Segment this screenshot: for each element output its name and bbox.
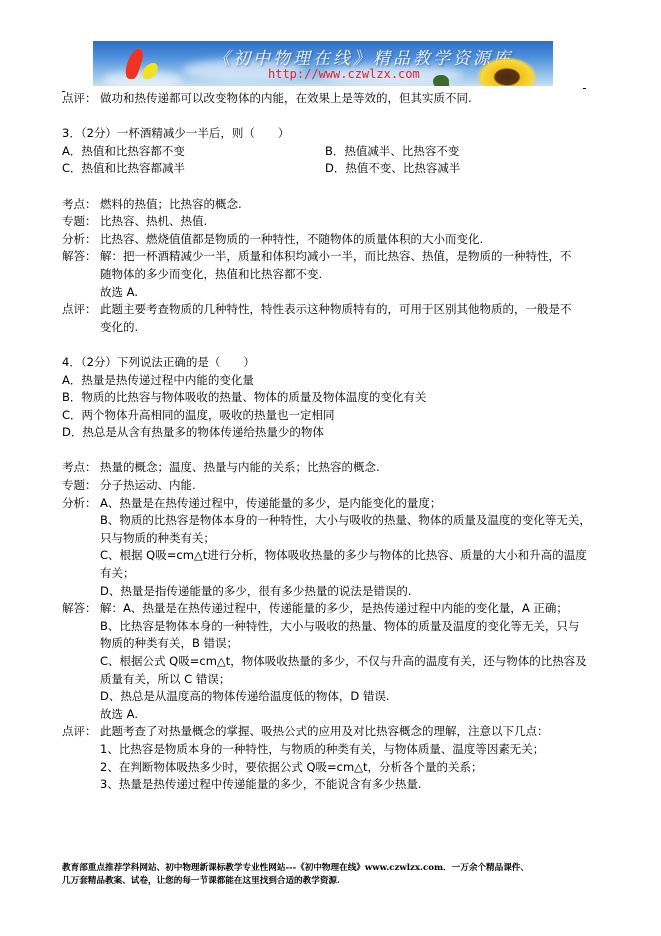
comment-text: 做功和热传递都可以改变物体的内能，在效果上是等效的，但其实质不同. xyxy=(100,90,592,108)
jieda-line: B、比热容是物体本身的一种特性，大小与吸收的热量、物体的质量及温度的变化等无关，… xyxy=(62,618,592,636)
kaodian-text: 燃料的热值；比热容的概念. xyxy=(100,196,592,214)
jieda-line: D、热总是从温度高的物体传递给温度低的物体，D 错误. xyxy=(62,688,592,706)
banner-title: 《初中物理在线》精品教学资源库 xyxy=(213,44,513,69)
prev-comment: 点评： 做功和热传递都可以改变物体的内能，在效果上是等效的，但其实质不同. xyxy=(62,90,592,108)
page-footer: 教育部重点推荐学科网站、初中物理新课标教学专业性网站---《初中物理在线》www… xyxy=(62,862,602,888)
jieda-answer: 故选 A. xyxy=(62,706,592,724)
dianping-row: 点评： 此题主要考查物质的几种特性，特性表示这种物质特有的，可用于区别其他物质的… xyxy=(62,301,592,319)
banner-url-link[interactable]: http://www.czwlzx.com xyxy=(268,67,420,81)
jieda-line: 质量有关，所以 C 错误； xyxy=(62,671,592,689)
question-stem: 3．（2分）一杯酒精减少一半后，则（ ） xyxy=(62,125,592,143)
sunflower-icon xyxy=(477,57,537,86)
jieda-line: 随物体的多少而变化，热值和比热容都不变. xyxy=(62,266,592,284)
jieda-label: 解答： xyxy=(62,248,100,266)
zhuanti-label: 专题： xyxy=(62,213,100,231)
kaodian-label: 考点： xyxy=(62,196,100,214)
option-b: B．热值减半、比热容不变 xyxy=(325,143,459,161)
dianping-label: 点评： xyxy=(62,301,100,319)
option-d: D．热值不变、比热容减半 xyxy=(325,160,460,178)
jieda-label: 解答： xyxy=(62,600,100,618)
question-stem: 4．（2分）下列说法正确的是（ ） xyxy=(62,354,592,372)
jieda-line: C、根据公式 Q吸=cm△t，物体吸收热量的多少，不仅与升高的温度有关，还与物体… xyxy=(62,653,592,671)
dianping-line: 3、热量是热传递过程中传递能量的多少，不能说含有多少热量. xyxy=(62,776,592,794)
fenxi-line: B、物质的比热容是物体本身的一种特性，大小与吸收的热量、物体的质量及温度的变化等… xyxy=(62,512,592,530)
kaodian-row: 考点： 燃料的热值；比热容的概念. xyxy=(62,196,592,214)
zhuanti-text: 比热容、热机、热值. xyxy=(100,213,592,231)
zhuanti-text: 分子热运动、内能. xyxy=(100,477,592,495)
option-a: A．热量是热传递过程中内能的变化量 xyxy=(62,372,592,390)
dianping-line: 此题主要考查物质的几种特性，特性表示这种物质特有的，可用于区别其他物质的，一般是… xyxy=(100,301,592,319)
footer-line: 几万套精品教案、试卷，让您的每一节课都能在这里找到合适的教学资源. xyxy=(62,875,602,888)
dianping-line: 2、在判断物体吸热多少时，要依据公式 Q吸=cm△t，分析各个量的关系； xyxy=(62,759,592,777)
dianping-line: 1、比热容是物质本身的一种特性，与物质的种类有关，与物体质量、温度等因素无关； xyxy=(62,741,592,759)
jieda-line: 解：A、热量是在热传递过程中，传递能量的多少，是热传递过程中内能的变化量，A 正… xyxy=(100,600,592,618)
option-b: B．物质的比热容与物体吸收的热量、物体的质量及物体温度的变化有关 xyxy=(62,389,592,407)
kaodian-row: 考点： 热量的概念；温度、热量与内能的关系；比热容的概念. xyxy=(62,459,592,477)
zhuanti-row: 专题： 分子热运动、内能. xyxy=(62,477,592,495)
jieda-row: 解答： 解：把一杯酒精减少一半，质量和体积均减小一半，而比热容、热值，是物质的一… xyxy=(62,248,592,266)
jieda-line: 解：把一杯酒精减少一半，质量和体积均减小一半，而比热容、热值，是物质的一种特性，… xyxy=(100,248,592,266)
dianping-line: 此题考查了对热量概念的掌握、吸热公式的应用及对比热容概念的理解，注意以下几点： xyxy=(100,723,592,741)
options-row: A．热值和比热容都不变 B．热值减半、比热容不变 xyxy=(62,143,592,161)
kaodian-text: 热量的概念；温度、热量与内能的关系；比热容的概念. xyxy=(100,459,592,477)
fenxi-label: 分析： xyxy=(62,231,100,249)
leaf-icon xyxy=(433,75,449,86)
fenxi-label: 分析： xyxy=(62,495,100,513)
dianping-row: 点评： 此题考查了对热量概念的掌握、吸热公式的应用及对比热容概念的理解，注意以下… xyxy=(62,723,592,741)
jieda-answer: 故选 A. xyxy=(62,284,592,302)
option-a: A．热值和比热容都不变 xyxy=(62,143,325,161)
zhuanti-label: 专题： xyxy=(62,477,100,495)
site-banner: 《初中物理在线》精品教学资源库 http://www.czwlzx.com xyxy=(93,41,553,86)
fenxi-row: 分析： 比热容、燃烧值值都是物质的一种特性，不随物体的质量体积的大小而变化. xyxy=(62,231,592,249)
kaodian-label: 考点： xyxy=(62,459,100,477)
footer-line: 教育部重点推荐学科网站、初中物理新课标教学专业性网站---《初中物理在线》www… xyxy=(62,862,602,875)
zhuanti-row: 专题： 比热容、热机、热值. xyxy=(62,213,592,231)
fenxi-row: 分析： A、热量是在热传递过程中，传递能量的多少，是内能变化的量度； xyxy=(62,495,592,513)
comment-label: 点评： xyxy=(62,90,100,108)
fenxi-line: 有关； xyxy=(62,565,592,583)
document-body: 点评： 做功和热传递都可以改变物体的内能，在效果上是等效的，但其实质不同. 3．… xyxy=(62,90,592,794)
jieda-row: 解答： 解：A、热量是在热传递过程中，传递能量的多少，是热传递过程中内能的变化量… xyxy=(62,600,592,618)
jieda-line: 物质的种类有关，B 错误； xyxy=(62,635,592,653)
option-c: C．热值和比热容都减半 xyxy=(62,160,325,178)
fenxi-line: C、根据 Q吸=cm△t进行分析，物体吸收热量的多少与物体的比热容、质量的大小和… xyxy=(62,547,592,565)
dianping-label: 点评： xyxy=(62,723,100,741)
question-4: 4．（2分）下列说法正确的是（ ） A．热量是热传递过程中内能的变化量 B．物质… xyxy=(62,354,592,794)
options-row: C．热值和比热容都减半 D．热值不变、比热容减半 xyxy=(62,160,592,178)
fenxi-line: A、热量是在热传递过程中，传递能量的多少，是内能变化的量度； xyxy=(100,495,592,513)
option-d: D．热总是从含有热量多的物体传递给热量少的物体 xyxy=(62,424,592,442)
question-3: 3．（2分）一杯酒精减少一半后，则（ ） A．热值和比热容都不变 B．热值减半、… xyxy=(62,125,592,336)
dianping-line: 变化的. xyxy=(62,319,592,337)
fenxi-line: D、热量是指传递能量的多少，很有多少热量的说法是错误的. xyxy=(62,583,592,601)
page-mark xyxy=(583,88,586,89)
fenxi-text: 比热容、燃烧值值都是物质的一种特性，不随物体的质量体积的大小而变化. xyxy=(100,231,592,249)
option-c: C．两个物体升高相同的温度，吸收的热量也一定相同 xyxy=(62,407,592,425)
fenxi-line: 只与物质的种类有关； xyxy=(62,530,592,548)
